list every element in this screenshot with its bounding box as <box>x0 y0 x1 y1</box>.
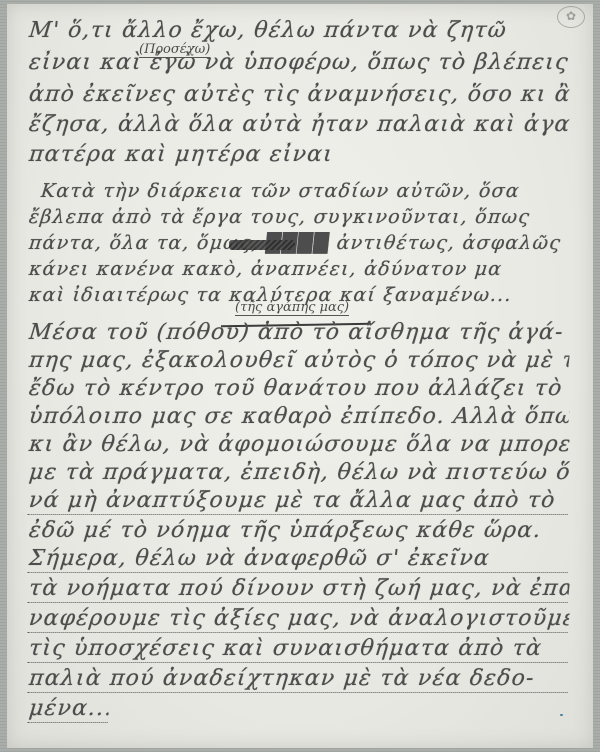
text-line: ἔβλεπα ἀπὸ τὰ ἔργα τους, συγκινοῦνται, ὅ… <box>28 206 570 228</box>
text-line: ἔδω τὸ κέντρο τοῦ θανάτου που ἀλλάζει τὸ <box>28 376 571 401</box>
text-line: κάνει κανένα κακὸ, ἀναπνέει, ἀδύνατον μα <box>28 258 570 280</box>
text-line-underlined: παλιὰ πού ἀναδείχτηκαν μὲ τὰ νέα δεδο- <box>28 666 571 693</box>
text-line: Μέσα τοῦ (πόθου) ἀπὸ τὸ αἴσθημα τῆς ἀγά- <box>28 320 571 345</box>
handwritten-text: Μ' ὅ,τι ἄλλο ἔχω, θέλω πάντα νὰ ζητῶ (Πρ… <box>7 4 593 748</box>
text-line: με τὰ πράγματα, ἐπειδὴ, θέλω νὰ πιστεύω … <box>28 460 571 485</box>
text-line: Μ' ὅ,τι ἄλλο ἔχω, θέλω πάντα νὰ ζητῶ <box>28 18 571 43</box>
letter-page: ✿ Μ' ὅ,τι ἄλλο ἔχω, θέλω πάντα νὰ ζητῶ (… <box>7 4 593 748</box>
text-line: εἶναι καὶ ἐγὼ νὰ ὑποφέρω, ὅπως τὸ βλέπει… <box>28 50 571 75</box>
text-line: Κατὰ τὴν διάρκεια τῶν σταδίων αὐτῶν, ὅσα <box>40 180 582 202</box>
text-line-underlined: τὰ νοήματα πού δίνουν στὴ ζωή μας, νὰ ἐπ… <box>28 576 571 603</box>
insertion-note: (τῆς ἀγάπης μας) <box>235 300 349 316</box>
text-line: πατέρα καὶ μητέρα εἶναι <box>28 142 571 167</box>
text-line: ἀπὸ ἐκεῖνες αὐτὲς τὶς ἀναμνήσεις, ὅσο κι… <box>28 82 571 107</box>
text-line: ὑπόλοιπο μας σε καθαρὸ ἐπίπεδο. Αλλὰ ὅπω… <box>28 404 571 429</box>
text-line-underlined: νά μὴ ἀναπτύξουμε μὲ τα ἄλλα μας ἀπὸ τὸ <box>28 488 571 515</box>
text-line: ἐδῶ μέ τὸ νόημα τῆς ὑπάρξεως κάθε ὥρα. <box>28 518 571 543</box>
text-line: κι ἂν θέλω, νὰ ἀφομοιώσουμε ὅλα να μπορε… <box>28 432 571 457</box>
text-line-underlined: τὶς ὑποσχέσεις καὶ συναισθήματα ἀπὸ τὰ <box>28 636 571 663</box>
ink-speck <box>560 714 563 716</box>
text-line: πης μας, ἐξακολουθεῖ αὐτὸς ὁ τόπος νὰ μὲ… <box>28 348 571 373</box>
text-line-underlined: Σήμερα, θέλω νὰ ἀναφερθῶ σ' ἐκεῖνα <box>28 546 571 573</box>
text-line-underlined: ναφέρουμε τὶς ἀξίες μας, νὰ ἀναλογιστοῦμ… <box>28 606 571 633</box>
text-line: πάντα, ὅλα τα, ὅμως, ████ ἀντιθέτως, ἀσφ… <box>28 232 570 254</box>
text-line: ἔζησα, ἀλλὰ ὅλα αὐτὰ ἦταν παλαιὰ καὶ ἀγα… <box>28 112 571 137</box>
scribbled-out-word <box>229 240 295 250</box>
text-line-underlined: μένα...... <box>28 696 111 723</box>
